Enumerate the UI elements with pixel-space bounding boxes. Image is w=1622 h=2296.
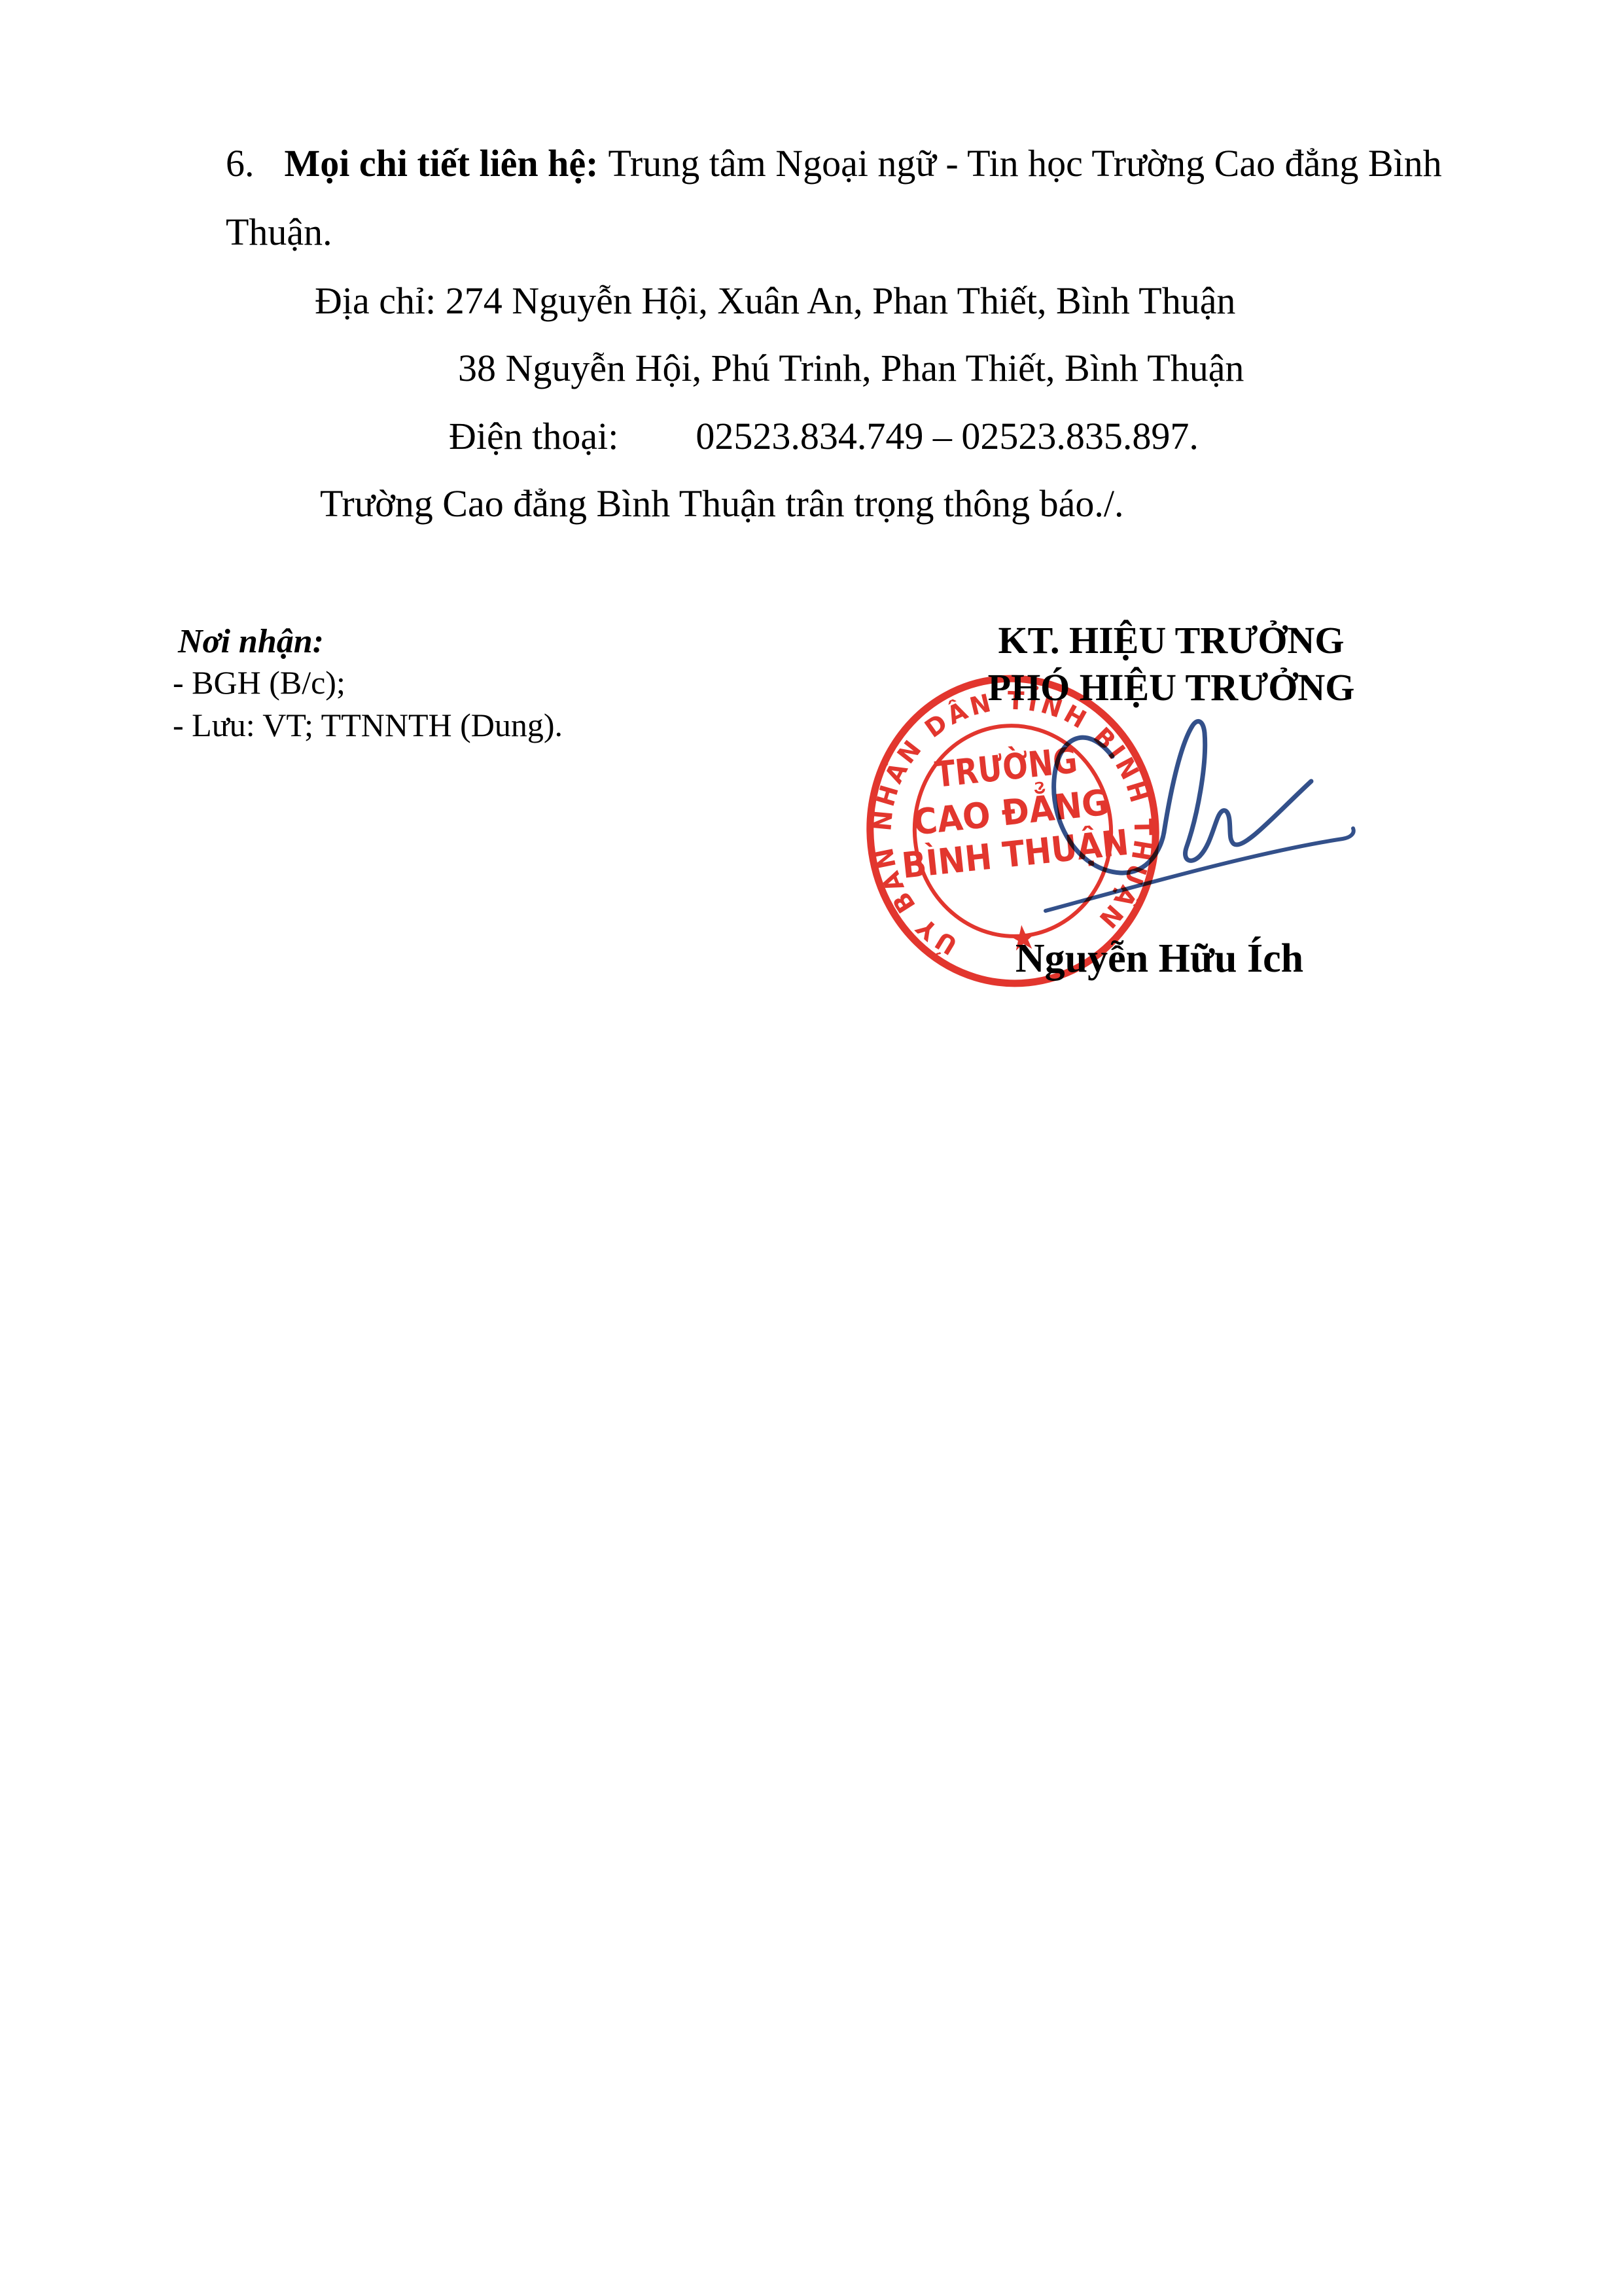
- signature-underline-stroke: [1046, 828, 1354, 911]
- signer-name: Nguyễn Hữu Ích: [930, 936, 1388, 982]
- signature-stroke: [1054, 737, 1164, 873]
- signature-stroke: [1164, 721, 1311, 860]
- document-page: 6.Mọi chi tiết liên hệ:Trung tâm Ngoại n…: [0, 0, 1622, 2296]
- handwritten-signature: [0, 0, 1622, 2296]
